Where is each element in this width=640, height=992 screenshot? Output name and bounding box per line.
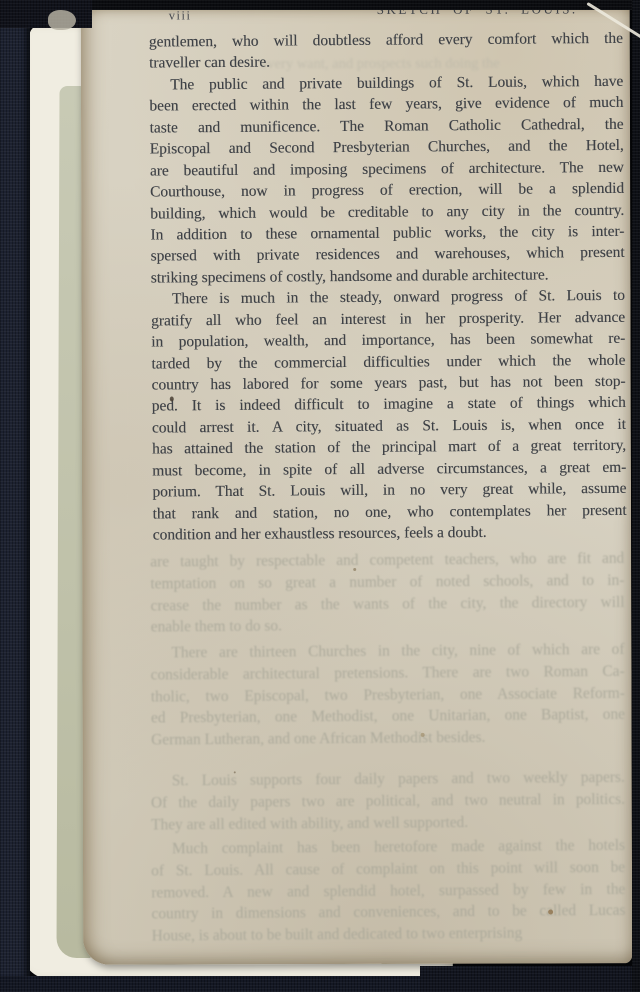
text-line: enable them to do so. [151, 613, 625, 639]
text-line: crease the number as the wants of the ci… [151, 591, 625, 617]
book-cover-bottom-right [420, 966, 640, 992]
book-cover-left [0, 0, 30, 992]
text-line: spersed with private residences and ware… [150, 242, 624, 267]
foxing-spot [353, 568, 356, 571]
book-cover-right [632, 0, 640, 992]
text-line: House, is about to be built and dedicate… [152, 922, 626, 948]
text-line: considerable architectural pretensions. … [151, 661, 625, 687]
book-page: viii SKETCH OF ST. LOUIS. every want, an… [81, 5, 633, 964]
paper-scrap [48, 10, 76, 30]
page-text: gentlemen, who will doubtless afford eve… [149, 28, 627, 546]
foxing-spot [548, 909, 553, 914]
foxing-spot [421, 733, 425, 737]
text-line: in population, wealth, and importance, h… [151, 328, 625, 353]
text-line: Courthouse, now in progress of erection,… [150, 178, 624, 203]
text-line: ed Presbyterian, one Methodist, one Unit… [151, 704, 625, 730]
foxing-spot [234, 771, 236, 773]
paragraph: There is much in the steady, onward prog… [151, 285, 627, 546]
text-line: They are all edited with ability, and we… [151, 810, 625, 836]
paragraph: gentlemen, who will doubtless afford eve… [149, 28, 623, 75]
text-line: of St. Louis. All cause of complaint on … [151, 857, 625, 883]
paragraph: The public and private buildings of St. … [149, 71, 625, 289]
ghost-text-block: St. Louis supports four daily papers and… [151, 767, 625, 836]
text-line: Of the daily papers two are political, a… [151, 789, 625, 815]
book-photo-scene: viii SKETCH OF ST. LOUIS. every want, an… [0, 0, 640, 992]
text-line: temptation on so great a number of noted… [150, 570, 624, 596]
book-cover-top-left [0, 0, 92, 28]
ink-spot [170, 396, 174, 401]
ghost-text-block: are taught by respectable and competent … [150, 548, 625, 639]
text-line: German Lutheran, and one African Methodi… [151, 726, 625, 752]
text-line: condition and her exhaustless resources,… [153, 521, 627, 546]
text-line: that rank and station, no one, who conte… [153, 499, 627, 524]
text-line: gentlemen, who will doubtless afford eve… [149, 28, 623, 53]
ghost-text-block: Much complaint has been heretofore made … [151, 835, 626, 948]
book-cover-top [0, 0, 640, 10]
text-line: country in dimensions and conveniences, … [151, 900, 625, 926]
ghost-text-block: There are thirteen Churches in the city,… [150, 639, 625, 752]
